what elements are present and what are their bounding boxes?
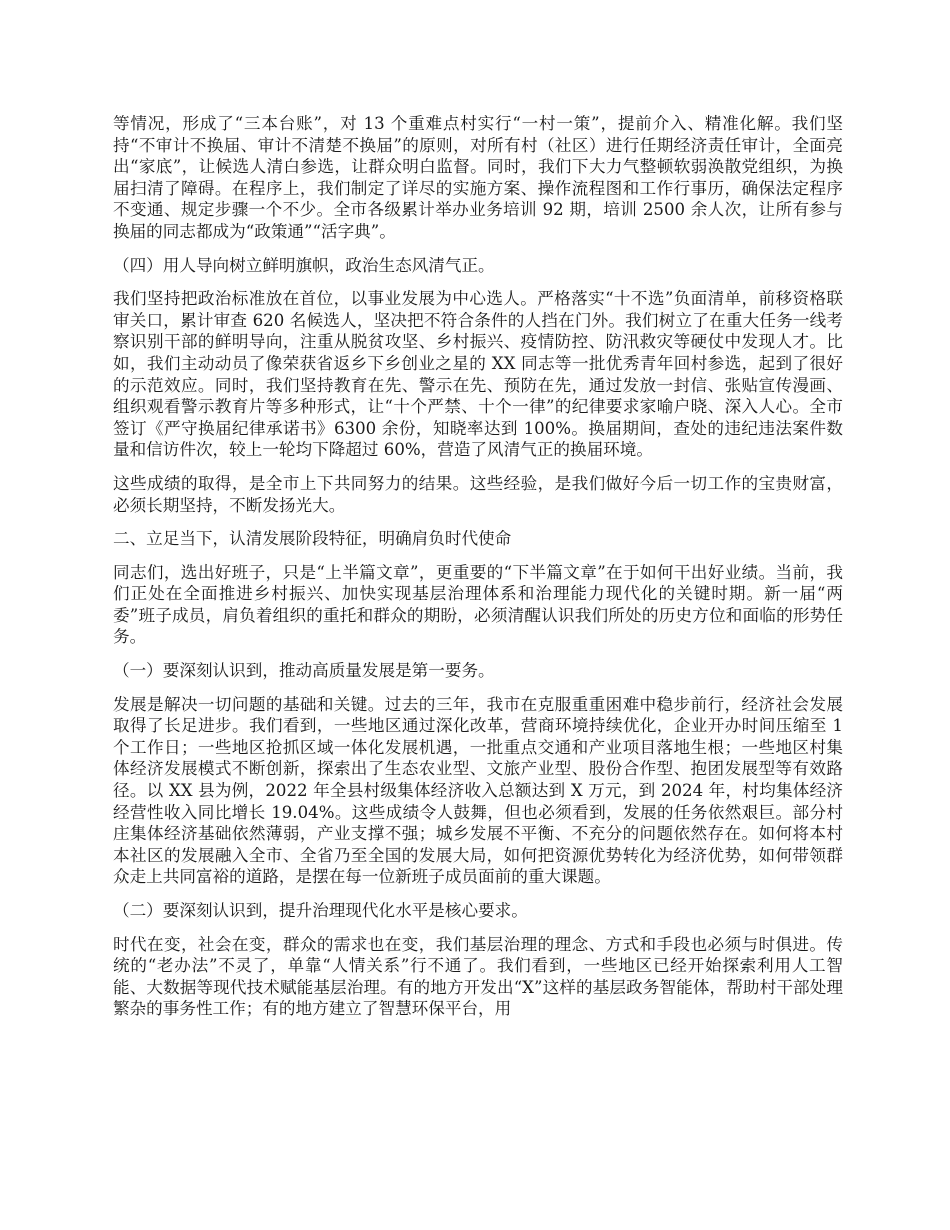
paragraph-second-half-article: 同志们，选出好班子，只是“上半篇文章”，更重要的“下半篇文章”在于如何干出好业绩…: [113, 562, 843, 648]
document-page: 等情况，形成了“三本台账”，对 13 个重难点村实行“一村一策”，提前介入、精准…: [113, 113, 843, 1032]
paragraph-personnel-orientation: 我们坚持把政治标准放在首位，以事业发展为中心选人。严格落实“十不选”负面清单，前…: [113, 288, 843, 461]
paragraph-election-preparation: 等情况，形成了“三本台账”，对 13 个重难点村实行“一村一策”，提前介入、精准…: [113, 113, 843, 243]
paragraph-high-quality-development: 发展是解决一切问题的基础和关键。过去的三年，我市在克服重重困难中稳步前行，经济社…: [113, 694, 843, 888]
paragraph-achievements-summary: 这些成绩的取得，是全市上下共同努力的结果。这些经验，是我们做好今后一切工作的宝贵…: [113, 473, 843, 516]
subsection-heading-1: （一）要深刻认识到，推动高质量发展是第一要务。: [113, 660, 843, 682]
section-heading-4: （四）用人导向树立鲜明旗帜，政治生态风清气正。: [113, 255, 843, 277]
chapter-heading-2: 二、立足当下，认清发展阶段特征，明确肩负时代使命: [113, 528, 843, 550]
subsection-heading-2: （二）要深刻认识到，提升治理现代化水平是核心要求。: [113, 900, 843, 922]
paragraph-governance-modernization: 时代在变，社会在变，群众的需求也在变，我们基层治理的理念、方式和手段也必须与时俱…: [113, 934, 843, 1020]
